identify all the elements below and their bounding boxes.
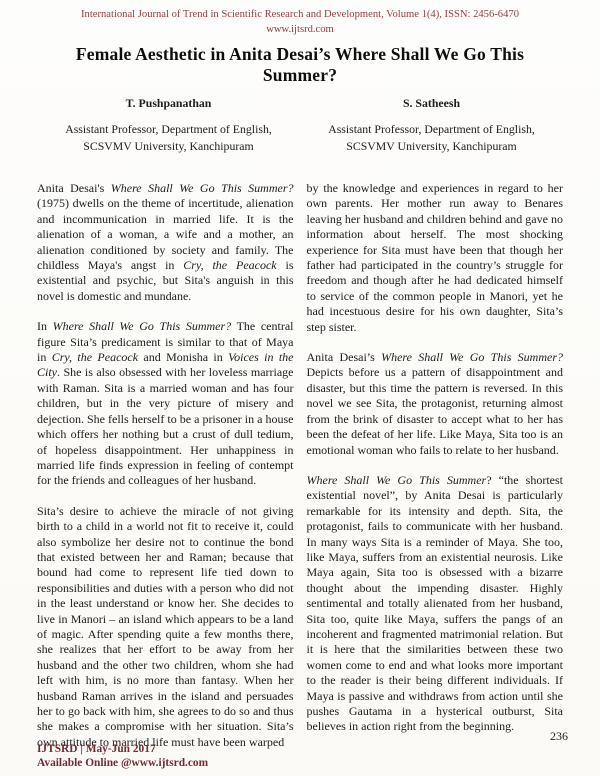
page-header: International Journal of Trend in Scient… — [37, 8, 563, 154]
paper-title: Female Aesthetic in Anita Desai’s Where … — [37, 44, 563, 86]
author-block-2: S. Satheesh Assistant Professor, Departm… — [300, 96, 563, 154]
paragraph: Anita Desai's Where Shall We Go This Sum… — [37, 181, 294, 304]
paper-page: International Journal of Trend in Scient… — [0, 0, 600, 776]
journal-title-line: International Journal of Trend in Scient… — [37, 8, 563, 21]
author-affiliation-line: SCSVMV University, Kanchipuram — [37, 138, 300, 155]
author-affiliation-line: Assistant Professor, Department of Engli… — [37, 121, 300, 138]
right-column: by the knowledge and experiences in rega… — [307, 181, 564, 765]
author-affiliation-line: Assistant Professor, Department of Engli… — [300, 121, 563, 138]
paragraph: by the knowledge and experiences in rega… — [307, 181, 564, 335]
footer-availability: Available Online @www.ijtsrd.com — [37, 757, 208, 771]
page-footer: IJTSRD | May-Jun 2017 Available Online @… — [37, 743, 208, 771]
paragraph: In Where Shall We Go This Summer? The ce… — [37, 319, 294, 488]
paragraph: Where Shall We Go This Summer? “the shor… — [307, 473, 564, 735]
author-block-1: T. Pushpanathan Assistant Professor, Dep… — [37, 96, 300, 154]
author-name: T. Pushpanathan — [37, 96, 300, 111]
journal-website: www.ijtsrd.com — [37, 23, 563, 36]
author-affiliation-line: SCSVMV University, Kanchipuram — [300, 138, 563, 155]
left-column: Anita Desai's Where Shall We Go This Sum… — [37, 181, 294, 765]
footer-journal-issue: IJTSRD | May-Jun 2017 — [37, 743, 208, 757]
page-number: 236 — [550, 729, 568, 744]
body-columns: Anita Desai's Where Shall We Go This Sum… — [37, 181, 563, 765]
paragraph: Sita’s desire to achieve the miracle of … — [37, 504, 294, 751]
paragraph: Anita Desai’s Where Shall We Go This Sum… — [307, 350, 564, 458]
author-section: T. Pushpanathan Assistant Professor, Dep… — [37, 96, 563, 154]
author-name: S. Satheesh — [300, 96, 563, 111]
